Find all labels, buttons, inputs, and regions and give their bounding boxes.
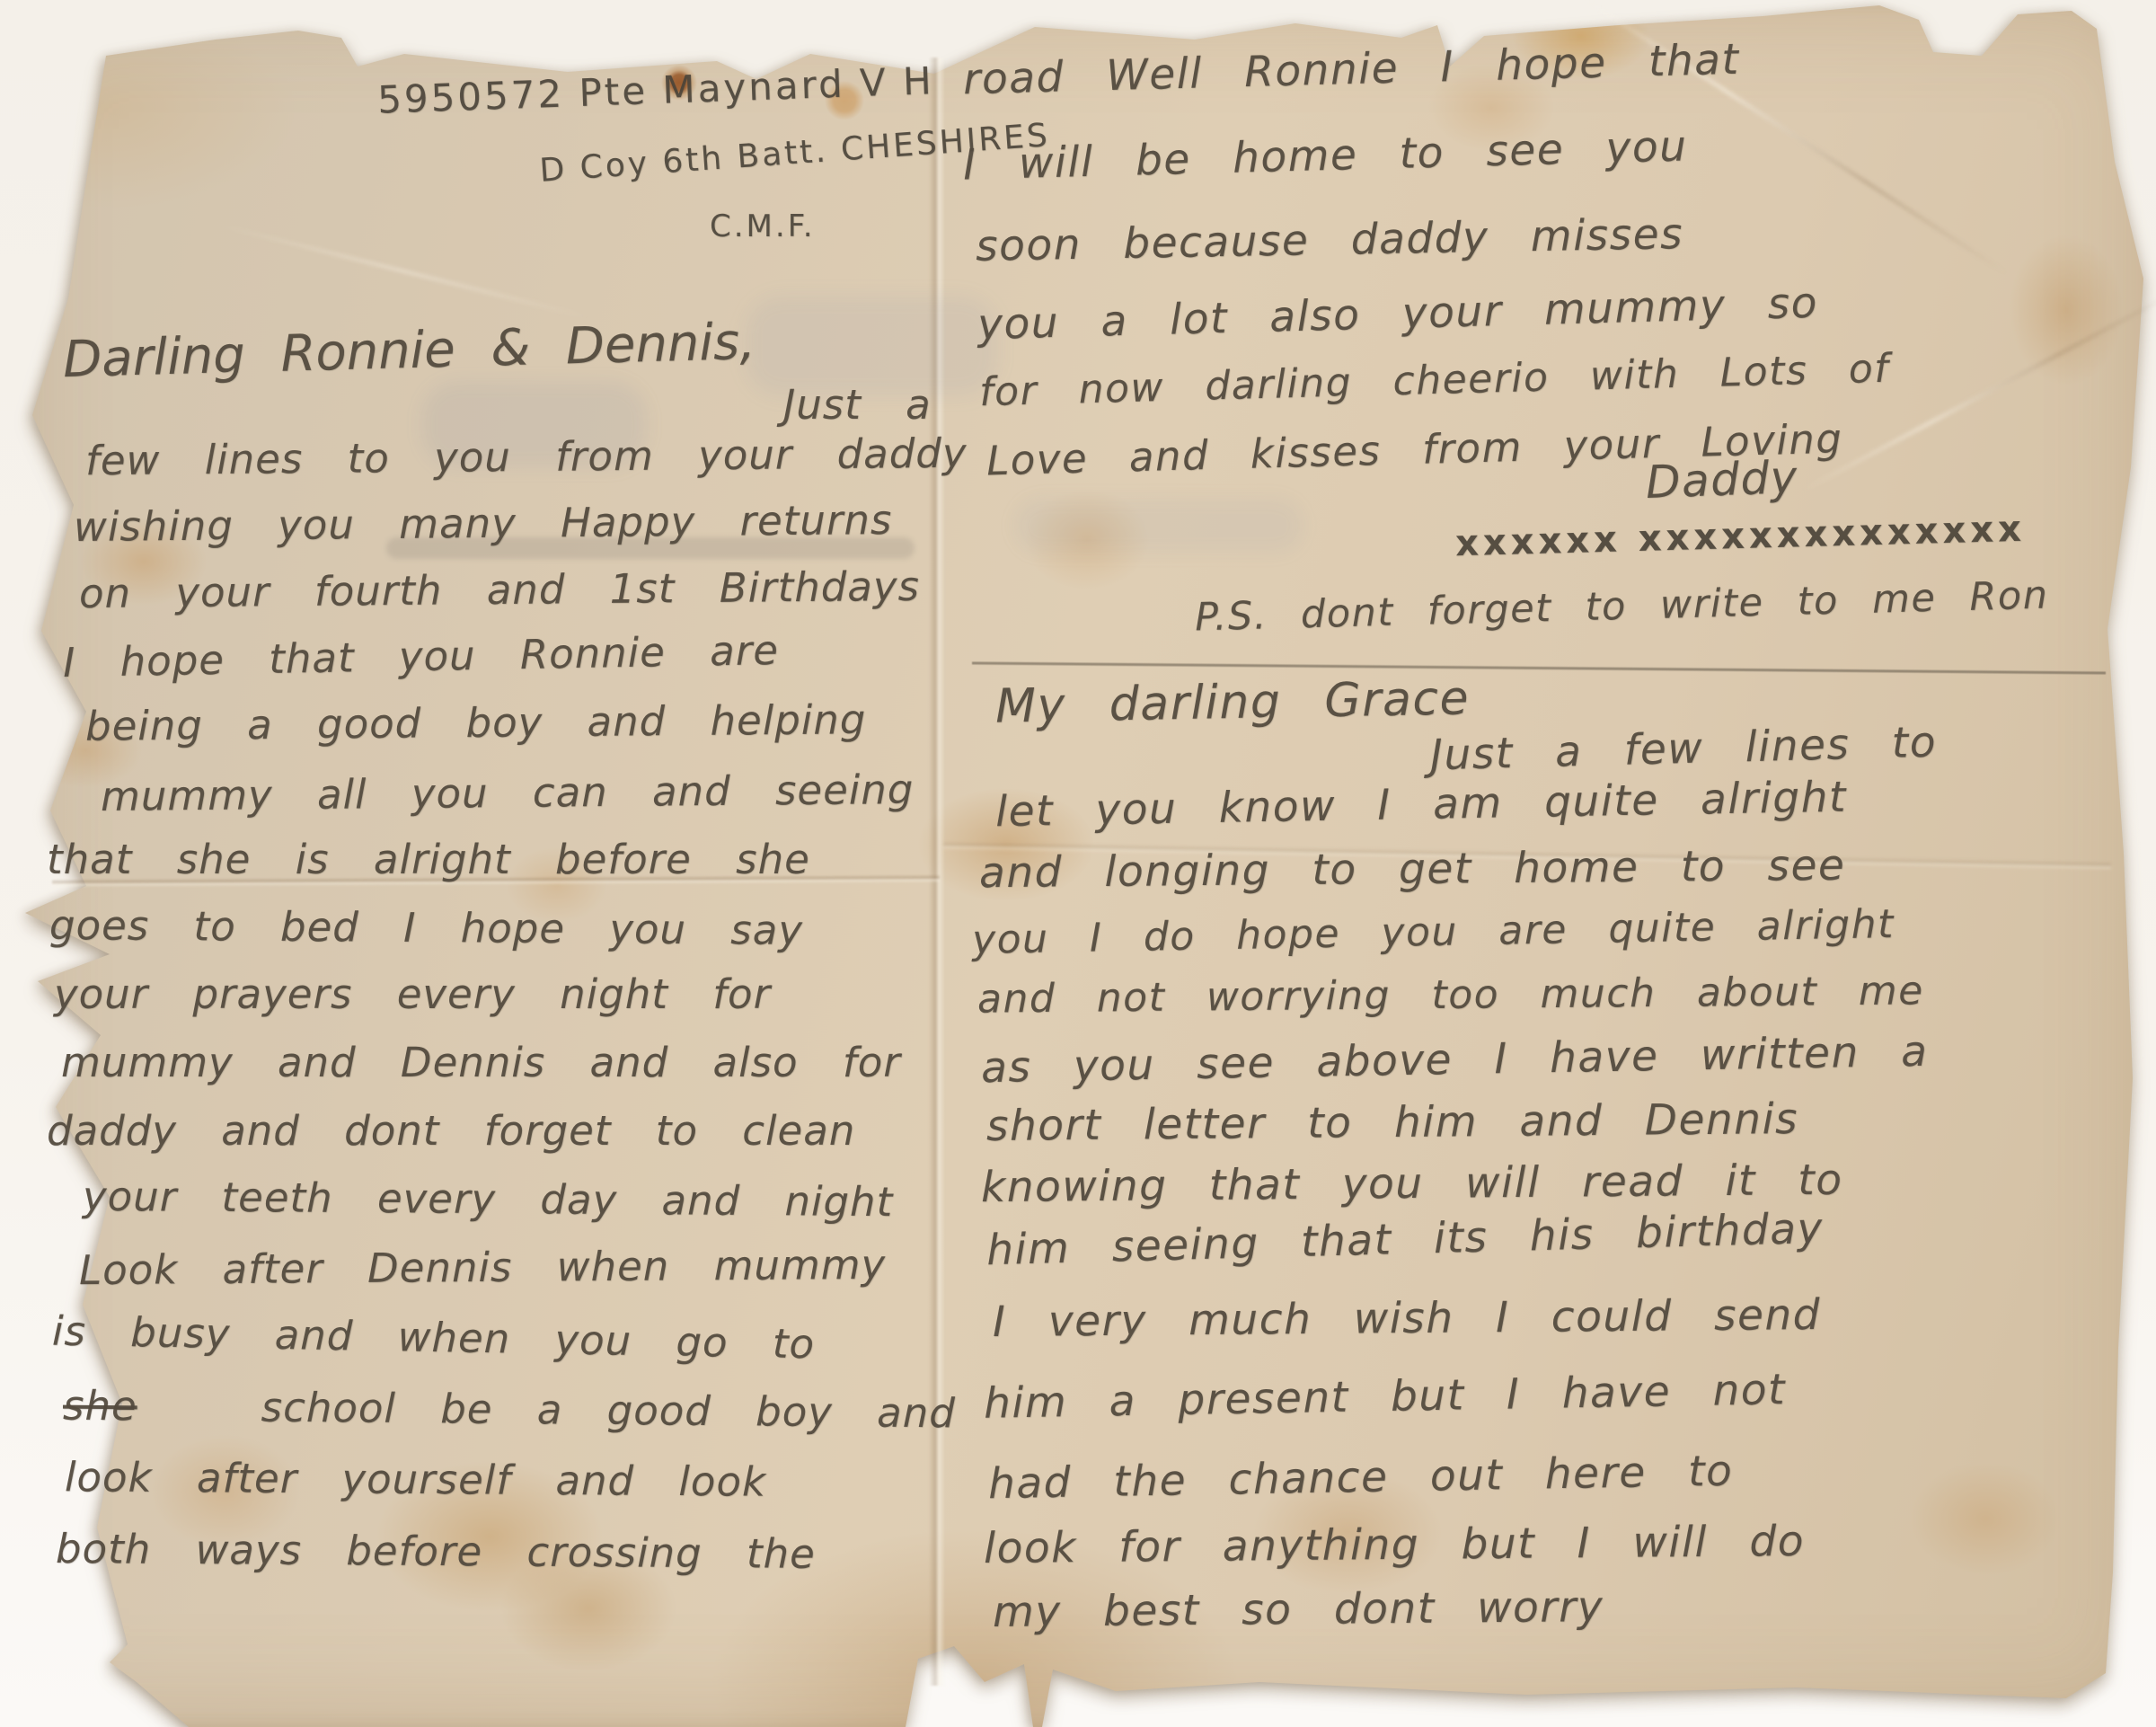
letter-line: that she is alright before she (47, 836, 810, 883)
letter-line: knowing that you will read it to (981, 1156, 1843, 1212)
letter-line: wishing you many Happy returns (74, 496, 893, 551)
letter-line: and not worrying too much about me (977, 968, 1924, 1022)
scanned-letter: 5950572 Pte Maynard V H D Coy 6th Batt. … (0, 0, 2156, 1727)
letter-line: being a good boy and helping (85, 695, 867, 750)
letter-line: look after yourself and look (65, 1453, 766, 1505)
signature-daddy: Daddy (1645, 451, 1799, 509)
letter-line: mummy and Dennis and also for (61, 1039, 901, 1086)
letter-line: I very much wish I could send (993, 1290, 1821, 1347)
letter-line: your prayers every night for (54, 970, 771, 1018)
letter-line: look for anything but I will do (984, 1517, 1805, 1573)
struck-word: she (63, 1382, 137, 1430)
letter-line: goes to bed I hope you say (49, 901, 803, 954)
letter-line: daddy and dont forget to clean (47, 1107, 855, 1155)
letter-line: my best so dont worry (993, 1582, 1604, 1637)
letter-line: Just a (783, 381, 932, 429)
location-line: C.M.F. (710, 208, 816, 244)
letter-line: both ways before crossing the (56, 1525, 816, 1578)
letter-line: your teeth every day and night (83, 1173, 894, 1226)
letter-line: and longing to get home to see (979, 841, 1846, 898)
letter-line: Look after Dennis when mummy (79, 1241, 887, 1294)
letter-line: on your fourth and 1st Birthdays (79, 562, 920, 617)
letter-line: few lines to you from your daddy (85, 430, 968, 485)
salutation-grace: My darling Grace (995, 671, 1471, 733)
letter-line: short letter to him and Dennis (986, 1094, 1798, 1151)
letter-line: mummy all you can and seeing (101, 766, 915, 820)
letter-line-with-strikethrough: sheschool be a good boy and (63, 1382, 956, 1438)
letter-line: school be a good boy and (261, 1384, 956, 1438)
